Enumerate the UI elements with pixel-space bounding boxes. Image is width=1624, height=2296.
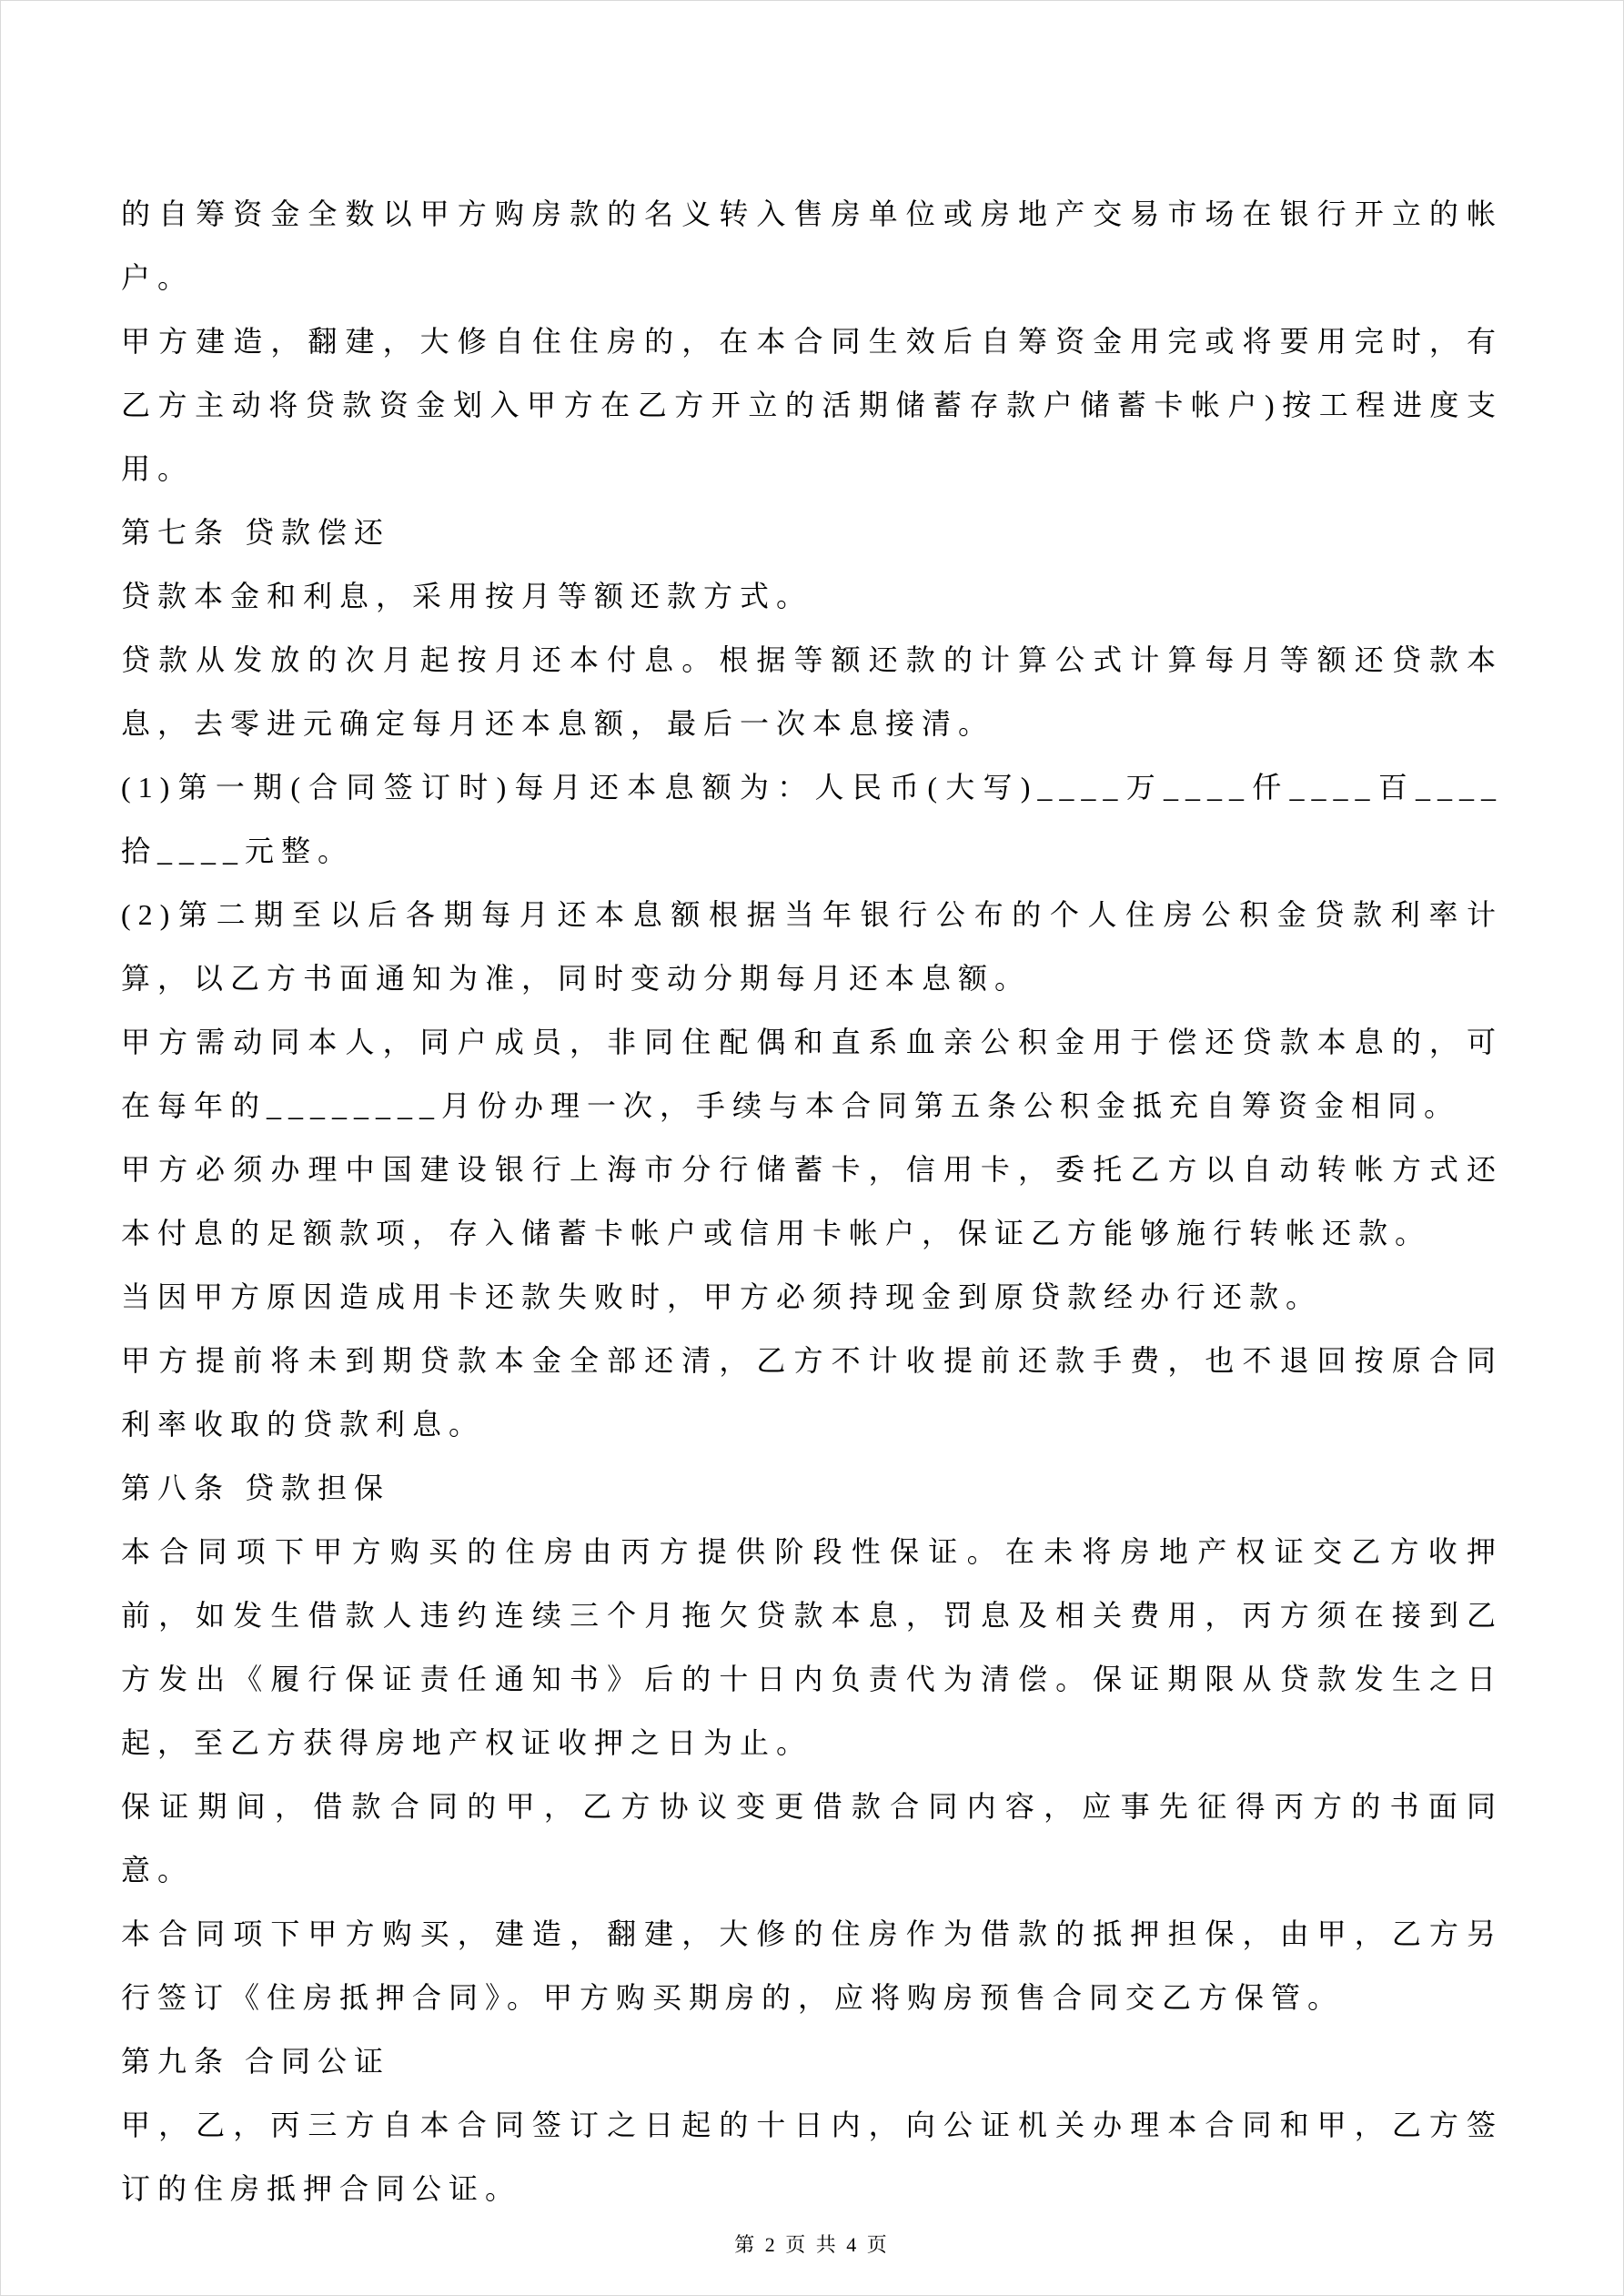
paragraph-repayment-method: 贷款本金和利息，采用按月等额还款方式。 — [121, 564, 1503, 628]
paragraph-fund-withdrawal: 甲方需动同本人，同户成员，非同住配偶和直系血亲公积金用于偿还贷款本息的，可在每年… — [121, 1010, 1503, 1138]
paragraph-guarantee: 本合同项下甲方购买的住房由丙方提供阶段性保证。在未将房地产权证交乙方收押前，如发… — [121, 1520, 1503, 1775]
document-page: 的自筹资金全数以甲方购房款的名义转入售房单位或房地产交易市场在银行开立的帐户。 … — [0, 0, 1624, 2296]
heading-clause-9: 第九条 合同公证 — [121, 2029, 1503, 2093]
paragraph-notarization: 甲，乙，丙三方自本合同签订之日起的十日内，向公证机关办理本合同和甲，乙方签订的住… — [121, 2093, 1503, 2220]
paragraph-mortgage: 本合同项下甲方购买，建造，翻建，大修的住房作为借款的抵押担保，由甲，乙方另行签订… — [121, 1902, 1503, 2029]
paragraph-first-installment: (1)第一期(合同签订时)每月还本息额为：人民币(大写)____万____仟__… — [121, 755, 1503, 883]
paragraph-card-failure: 当因甲方原因造成用卡还款失败时，甲方必须持现金到原贷款经办行还款。 — [121, 1265, 1503, 1329]
paragraph-ccb-card-repayment: 甲方必须办理中国建设银行上海市分行储蓄卡，信用卡，委托乙方以自动转帐方式还本付息… — [121, 1138, 1503, 1265]
paragraph-early-repayment: 甲方提前将未到期贷款本金全部还清，乙方不计收提前还款手费，也不退回按原合同利率收… — [121, 1329, 1503, 1456]
heading-clause-8: 第八条 贷款担保 — [121, 1456, 1503, 1520]
heading-clause-7: 第七条 贷款偿还 — [121, 501, 1503, 564]
paragraph-account-continuation: 的自筹资金全数以甲方购房款的名义转入售房单位或房地产交易市场在银行开立的帐户。 — [121, 182, 1503, 309]
paragraph-later-installments: (2)第二期至以后各期每月还本息额根据当年银行公布的个人住房公积金贷款利率计算，… — [121, 883, 1503, 1010]
paragraph-construction-disbursement: 甲方建造，翻建，大修自住住房的，在本合同生效后自筹资金用完或将要用完时，有乙方主… — [121, 309, 1503, 501]
paragraph-monthly-repayment: 贷款从发放的次月起按月还本付息。根据等额还款的计算公式计算每月等额还贷款本息，去… — [121, 628, 1503, 755]
paragraph-guarantee-period: 保证期间，借款合同的甲，乙方协议变更借款合同内容，应事先征得丙方的书面同意。 — [121, 1775, 1503, 1902]
page-footer: 第 2 页 共 4 页 — [0, 2230, 1624, 2258]
